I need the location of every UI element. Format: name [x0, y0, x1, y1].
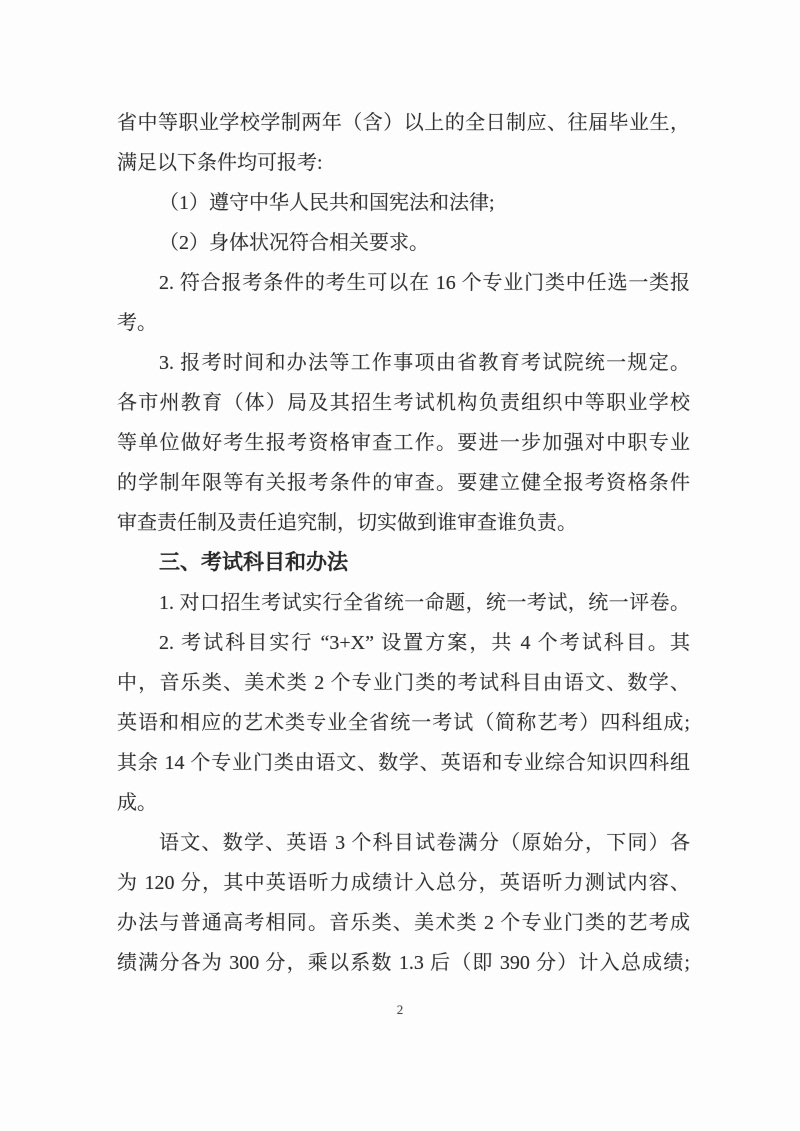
text-line: 为 120 分，其中英语听力成绩计入总分，英语听力测试内容、 — [117, 863, 690, 903]
text-line: 审查责任制及责任追究制，切实做到谁审查谁负责。 — [117, 503, 690, 543]
text-line: 绩满分各为 300 分，乘以系数 1.3 后（即 390 分）计入总成绩; — [117, 943, 690, 983]
text-line: 省中等职业学校学制两年（含）以上的全日制应、往届毕业生， — [117, 103, 690, 143]
text-line: 3. 报考时间和办法等工作事项由省教育考试院统一规定。 — [117, 343, 690, 383]
text-line: 中，音乐类、美术类 2 个专业门类的考试科目由语文、数学、 — [117, 663, 690, 703]
section-heading: 三、考试科目和办法 — [117, 543, 690, 583]
page-number: 2 — [0, 1002, 800, 1018]
text-line: 办法与普通高考相同。音乐类、美术类 2 个专业门类的艺考成 — [117, 903, 690, 943]
text-line: 英语和相应的艺术类专业全省统一考试（简称艺考）四科组成; — [117, 703, 690, 743]
text-line: （2）身体状况符合相关要求。 — [117, 223, 690, 263]
text-line: 的学制年限等有关报考条件的审查。要建立健全报考资格条件 — [117, 463, 690, 503]
document-body: 省中等职业学校学制两年（含）以上的全日制应、往届毕业生，满足以下条件均可报考:（… — [117, 103, 690, 983]
text-line: 满足以下条件均可报考: — [117, 143, 690, 183]
text-line: 语文、数学、英语 3 个科目试卷满分（原始分，下同）各 — [117, 823, 690, 863]
document-page: 省中等职业学校学制两年（含）以上的全日制应、往届毕业生，满足以下条件均可报考:（… — [0, 0, 800, 1131]
text-line: 等单位做好考生报考资格审查工作。要进一步加强对中职专业 — [117, 423, 690, 463]
text-line: 成。 — [117, 783, 690, 823]
text-line: 1. 对口招生考试实行全省统一命题，统一考试，统一评卷。 — [117, 583, 690, 623]
text-line: 2. 考试科目实行 “3+X” 设置方案，共 4 个考试科目。其 — [117, 623, 690, 663]
text-line: 各市州教育（体）局及其招生考试机构负责组织中等职业学校 — [117, 383, 690, 423]
text-line: 其余 14 个专业门类由语文、数学、英语和专业综合知识四科组 — [117, 743, 690, 783]
text-line: 考。 — [117, 303, 690, 343]
text-line: 2. 符合报考条件的考生可以在 16 个专业门类中任选一类报 — [117, 263, 690, 303]
text-line: （1）遵守中华人民共和国宪法和法律; — [117, 183, 690, 223]
